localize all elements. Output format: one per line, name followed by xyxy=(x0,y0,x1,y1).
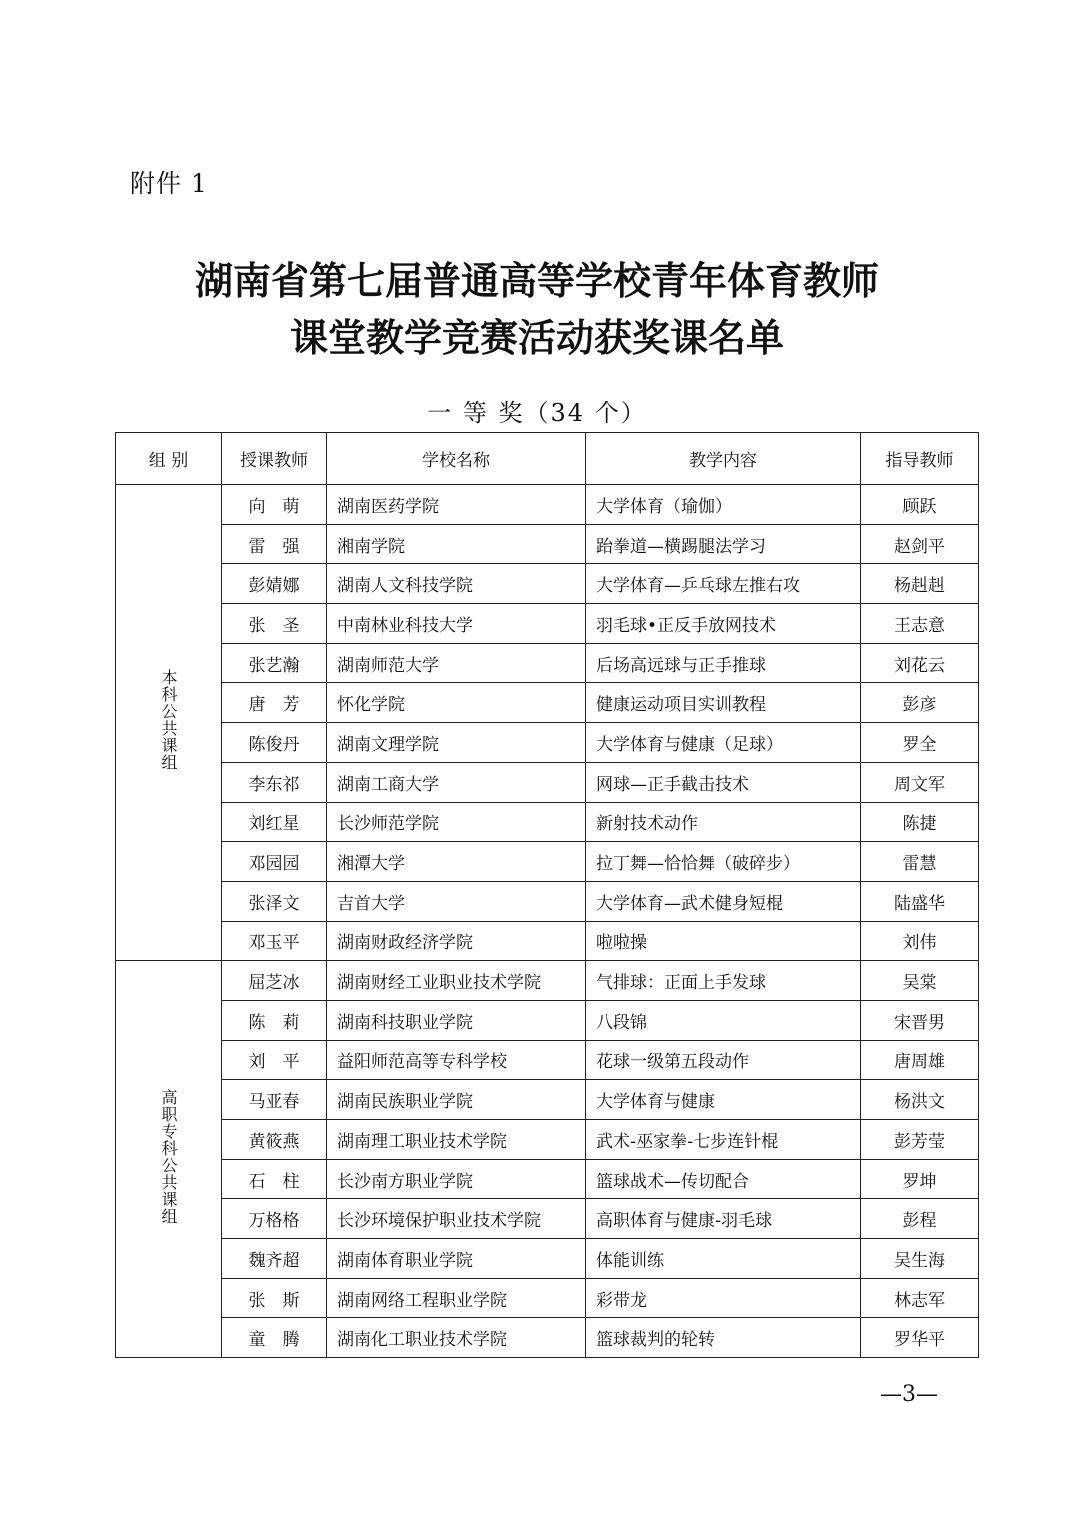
teacher-cell: 张 斯 xyxy=(222,1278,327,1318)
mentor-cell: 罗坤 xyxy=(861,1159,979,1199)
table-row: 刘红星长沙师范学院新射技术动作陈捷 xyxy=(116,802,979,842)
content-cell: 大学体育—乒乓球左推右攻 xyxy=(586,564,861,604)
teacher-cell: 张 圣 xyxy=(222,604,327,644)
table-row: 邓园园湘潭大学拉丁舞—恰恰舞（破碎步）雷慧 xyxy=(116,842,979,882)
teacher-cell: 陈 莉 xyxy=(222,1000,327,1040)
mentor-cell: 彭程 xyxy=(861,1199,979,1239)
content-cell: 后场高远球与正手推球 xyxy=(586,643,861,683)
school-cell: 湖南人文科技学院 xyxy=(327,564,586,604)
content-cell: 彩带龙 xyxy=(586,1278,861,1318)
mentor-cell: 雷慧 xyxy=(861,842,979,882)
school-cell: 吉首大学 xyxy=(327,881,586,921)
mentor-cell: 罗全 xyxy=(861,723,979,763)
teacher-cell: 刘红星 xyxy=(222,802,327,842)
mentor-cell: 陈捷 xyxy=(861,802,979,842)
document-title-line-1: 湖南省第七届普通高等学校青年体育教师 xyxy=(0,250,1074,305)
school-cell: 湖南文理学院 xyxy=(327,723,586,763)
content-cell: 高职体育与健康-羽毛球 xyxy=(586,1199,861,1239)
teacher-cell: 屈芝冰 xyxy=(222,961,327,1001)
mentor-cell: 刘花云 xyxy=(861,643,979,683)
table-header-row: 组 别 授课教师 学校名称 教学内容 指导教师 xyxy=(116,433,979,485)
content-cell: 篮球战术—传切配合 xyxy=(586,1159,861,1199)
group-label: 高职专科公共课组 xyxy=(157,1089,180,1225)
table-row: 张泽文吉首大学大学体育—武术健身短棍陆盛华 xyxy=(116,881,979,921)
teacher-cell: 张艺瀚 xyxy=(222,643,327,683)
teacher-cell: 童 腾 xyxy=(222,1318,327,1358)
mentor-cell: 刘伟 xyxy=(861,921,979,961)
school-cell: 湖南化工职业技术学院 xyxy=(327,1318,586,1358)
teacher-cell: 彭婧娜 xyxy=(222,564,327,604)
mentor-cell: 吴棠 xyxy=(861,961,979,1001)
table-row: 黄筱燕湖南理工职业技术学院武术-巫家拳-七步连针棍彭芳莹 xyxy=(116,1120,979,1160)
content-cell: 大学体育与健康（足球） xyxy=(586,723,861,763)
header-school: 学校名称 xyxy=(327,433,586,485)
mentor-cell: 唐周雄 xyxy=(861,1040,979,1080)
school-cell: 湖南医药学院 xyxy=(327,485,586,525)
school-cell: 长沙环境保护职业技术学院 xyxy=(327,1199,586,1239)
school-cell: 湖南科技职业学院 xyxy=(327,1000,586,1040)
table-row: 李东祁湖南工商大学网球—正手截击技术周文军 xyxy=(116,762,979,802)
header-content: 教学内容 xyxy=(586,433,861,485)
table-row: 万格格长沙环境保护职业技术学院高职体育与健康-羽毛球彭程 xyxy=(116,1199,979,1239)
teacher-cell: 向 萌 xyxy=(222,485,327,525)
school-cell: 湘潭大学 xyxy=(327,842,586,882)
mentor-cell: 王志意 xyxy=(861,604,979,644)
content-cell: 拉丁舞—恰恰舞（破碎步） xyxy=(586,842,861,882)
group-cell: 高职专科公共课组 xyxy=(116,961,222,1358)
content-cell: 网球—正手截击技术 xyxy=(586,762,861,802)
school-cell: 湖南工商大学 xyxy=(327,762,586,802)
mentor-cell: 宋晋男 xyxy=(861,1000,979,1040)
mentor-cell: 彭彦 xyxy=(861,683,979,723)
document-title-line-2: 课堂教学竞赛活动获奖课名单 xyxy=(0,307,1074,362)
teacher-cell: 石 柱 xyxy=(222,1159,327,1199)
teacher-cell: 雷 强 xyxy=(222,524,327,564)
teacher-cell: 魏齐超 xyxy=(222,1239,327,1279)
school-cell: 湖南体育职业学院 xyxy=(327,1239,586,1279)
school-cell: 湖南财经工业职业技术学院 xyxy=(327,961,586,1001)
mentor-cell: 赵剑平 xyxy=(861,524,979,564)
award-level-heading: 一 等 奖（34 个） xyxy=(0,393,1074,428)
teacher-cell: 李东祁 xyxy=(222,762,327,802)
school-cell: 湖南网络工程职业学院 xyxy=(327,1278,586,1318)
school-cell: 长沙南方职业学院 xyxy=(327,1159,586,1199)
content-cell: 体能训练 xyxy=(586,1239,861,1279)
mentor-cell: 林志军 xyxy=(861,1278,979,1318)
content-cell: 健康运动项目实训教程 xyxy=(586,683,861,723)
content-cell: 篮球裁判的轮转 xyxy=(586,1318,861,1358)
content-cell: 大学体育（瑜伽） xyxy=(586,485,861,525)
group-label: 本科公共课组 xyxy=(157,669,180,771)
mentor-cell: 顾跃 xyxy=(861,485,979,525)
table-row: 张 斯湖南网络工程职业学院彩带龙林志军 xyxy=(116,1278,979,1318)
header-group: 组 别 xyxy=(116,433,222,485)
teacher-cell: 邓玉平 xyxy=(222,921,327,961)
table-row: 本科公共课组向 萌湖南医药学院大学体育（瑜伽）顾跃 xyxy=(116,485,979,525)
school-cell: 湖南理工职业技术学院 xyxy=(327,1120,586,1160)
school-cell: 湖南财政经济学院 xyxy=(327,921,586,961)
table-row: 马亚春湖南民族职业学院大学体育与健康杨洪文 xyxy=(116,1080,979,1120)
page-number: —3— xyxy=(880,1382,938,1407)
awards-table: 组 别 授课教师 学校名称 教学内容 指导教师 本科公共课组向 萌湖南医药学院大… xyxy=(115,432,979,1358)
school-cell: 湖南民族职业学院 xyxy=(327,1080,586,1120)
header-mentor: 指导教师 xyxy=(861,433,979,485)
content-cell: 武术-巫家拳-七步连针棍 xyxy=(586,1120,861,1160)
school-cell: 湖南师范大学 xyxy=(327,643,586,683)
table-row: 魏齐超湖南体育职业学院体能训练吴生海 xyxy=(116,1239,979,1279)
mentor-cell: 彭芳莹 xyxy=(861,1120,979,1160)
table-row: 唐 芳怀化学院健康运动项目实训教程彭彦 xyxy=(116,683,979,723)
mentor-cell: 吴生海 xyxy=(861,1239,979,1279)
header-teacher: 授课教师 xyxy=(222,433,327,485)
content-cell: 大学体育与健康 xyxy=(586,1080,861,1120)
content-cell: 花球一级第五段动作 xyxy=(586,1040,861,1080)
content-cell: 新射技术动作 xyxy=(586,802,861,842)
school-cell: 长沙师范学院 xyxy=(327,802,586,842)
school-cell: 益阳师范高等专科学校 xyxy=(327,1040,586,1080)
table-row: 陈 莉湖南科技职业学院八段锦宋晋男 xyxy=(116,1000,979,1040)
content-cell: 八段锦 xyxy=(586,1000,861,1040)
school-cell: 湘南学院 xyxy=(327,524,586,564)
group-cell: 本科公共课组 xyxy=(116,485,222,961)
teacher-cell: 张泽文 xyxy=(222,881,327,921)
content-cell: 跆拳道—横踢腿法学习 xyxy=(586,524,861,564)
content-cell: 大学体育—武术健身短棍 xyxy=(586,881,861,921)
content-cell: 气排球：正面上手发球 xyxy=(586,961,861,1001)
teacher-cell: 黄筱燕 xyxy=(222,1120,327,1160)
table-row: 张艺瀚湖南师范大学后场高远球与正手推球刘花云 xyxy=(116,643,979,683)
teacher-cell: 马亚春 xyxy=(222,1080,327,1120)
teacher-cell: 陈俊丹 xyxy=(222,723,327,763)
content-cell: 羽毛球•正反手放网技术 xyxy=(586,604,861,644)
content-cell: 啦啦操 xyxy=(586,921,861,961)
teacher-cell: 邓园园 xyxy=(222,842,327,882)
table-row: 邓玉平湖南财政经济学院啦啦操刘伟 xyxy=(116,921,979,961)
table-row: 雷 强湘南学院跆拳道—横踢腿法学习赵剑平 xyxy=(116,524,979,564)
table-row: 张 圣中南林业科技大学羽毛球•正反手放网技术王志意 xyxy=(116,604,979,644)
mentor-cell: 周文军 xyxy=(861,762,979,802)
table-row: 刘 平益阳师范高等专科学校花球一级第五段动作唐周雄 xyxy=(116,1040,979,1080)
table-row: 彭婧娜湖南人文科技学院大学体育—乒乓球左推右攻杨赳赳 xyxy=(116,564,979,604)
table-row: 童 腾湖南化工职业技术学院篮球裁判的轮转罗华平 xyxy=(116,1318,979,1358)
table-row: 高职专科公共课组屈芝冰湖南财经工业职业技术学院气排球：正面上手发球吴棠 xyxy=(116,961,979,1001)
table-body: 本科公共课组向 萌湖南医药学院大学体育（瑜伽）顾跃雷 强湘南学院跆拳道—横踢腿法… xyxy=(116,485,979,1358)
teacher-cell: 唐 芳 xyxy=(222,683,327,723)
mentor-cell: 陆盛华 xyxy=(861,881,979,921)
table-row: 陈俊丹湖南文理学院大学体育与健康（足球）罗全 xyxy=(116,723,979,763)
teacher-cell: 刘 平 xyxy=(222,1040,327,1080)
school-cell: 怀化学院 xyxy=(327,683,586,723)
mentor-cell: 杨赳赳 xyxy=(861,564,979,604)
school-cell: 中南林业科技大学 xyxy=(327,604,586,644)
teacher-cell: 万格格 xyxy=(222,1199,327,1239)
attachment-label: 附件 1 xyxy=(130,164,208,200)
table-row: 石 柱长沙南方职业学院篮球战术—传切配合罗坤 xyxy=(116,1159,979,1199)
mentor-cell: 罗华平 xyxy=(861,1318,979,1358)
mentor-cell: 杨洪文 xyxy=(861,1080,979,1120)
